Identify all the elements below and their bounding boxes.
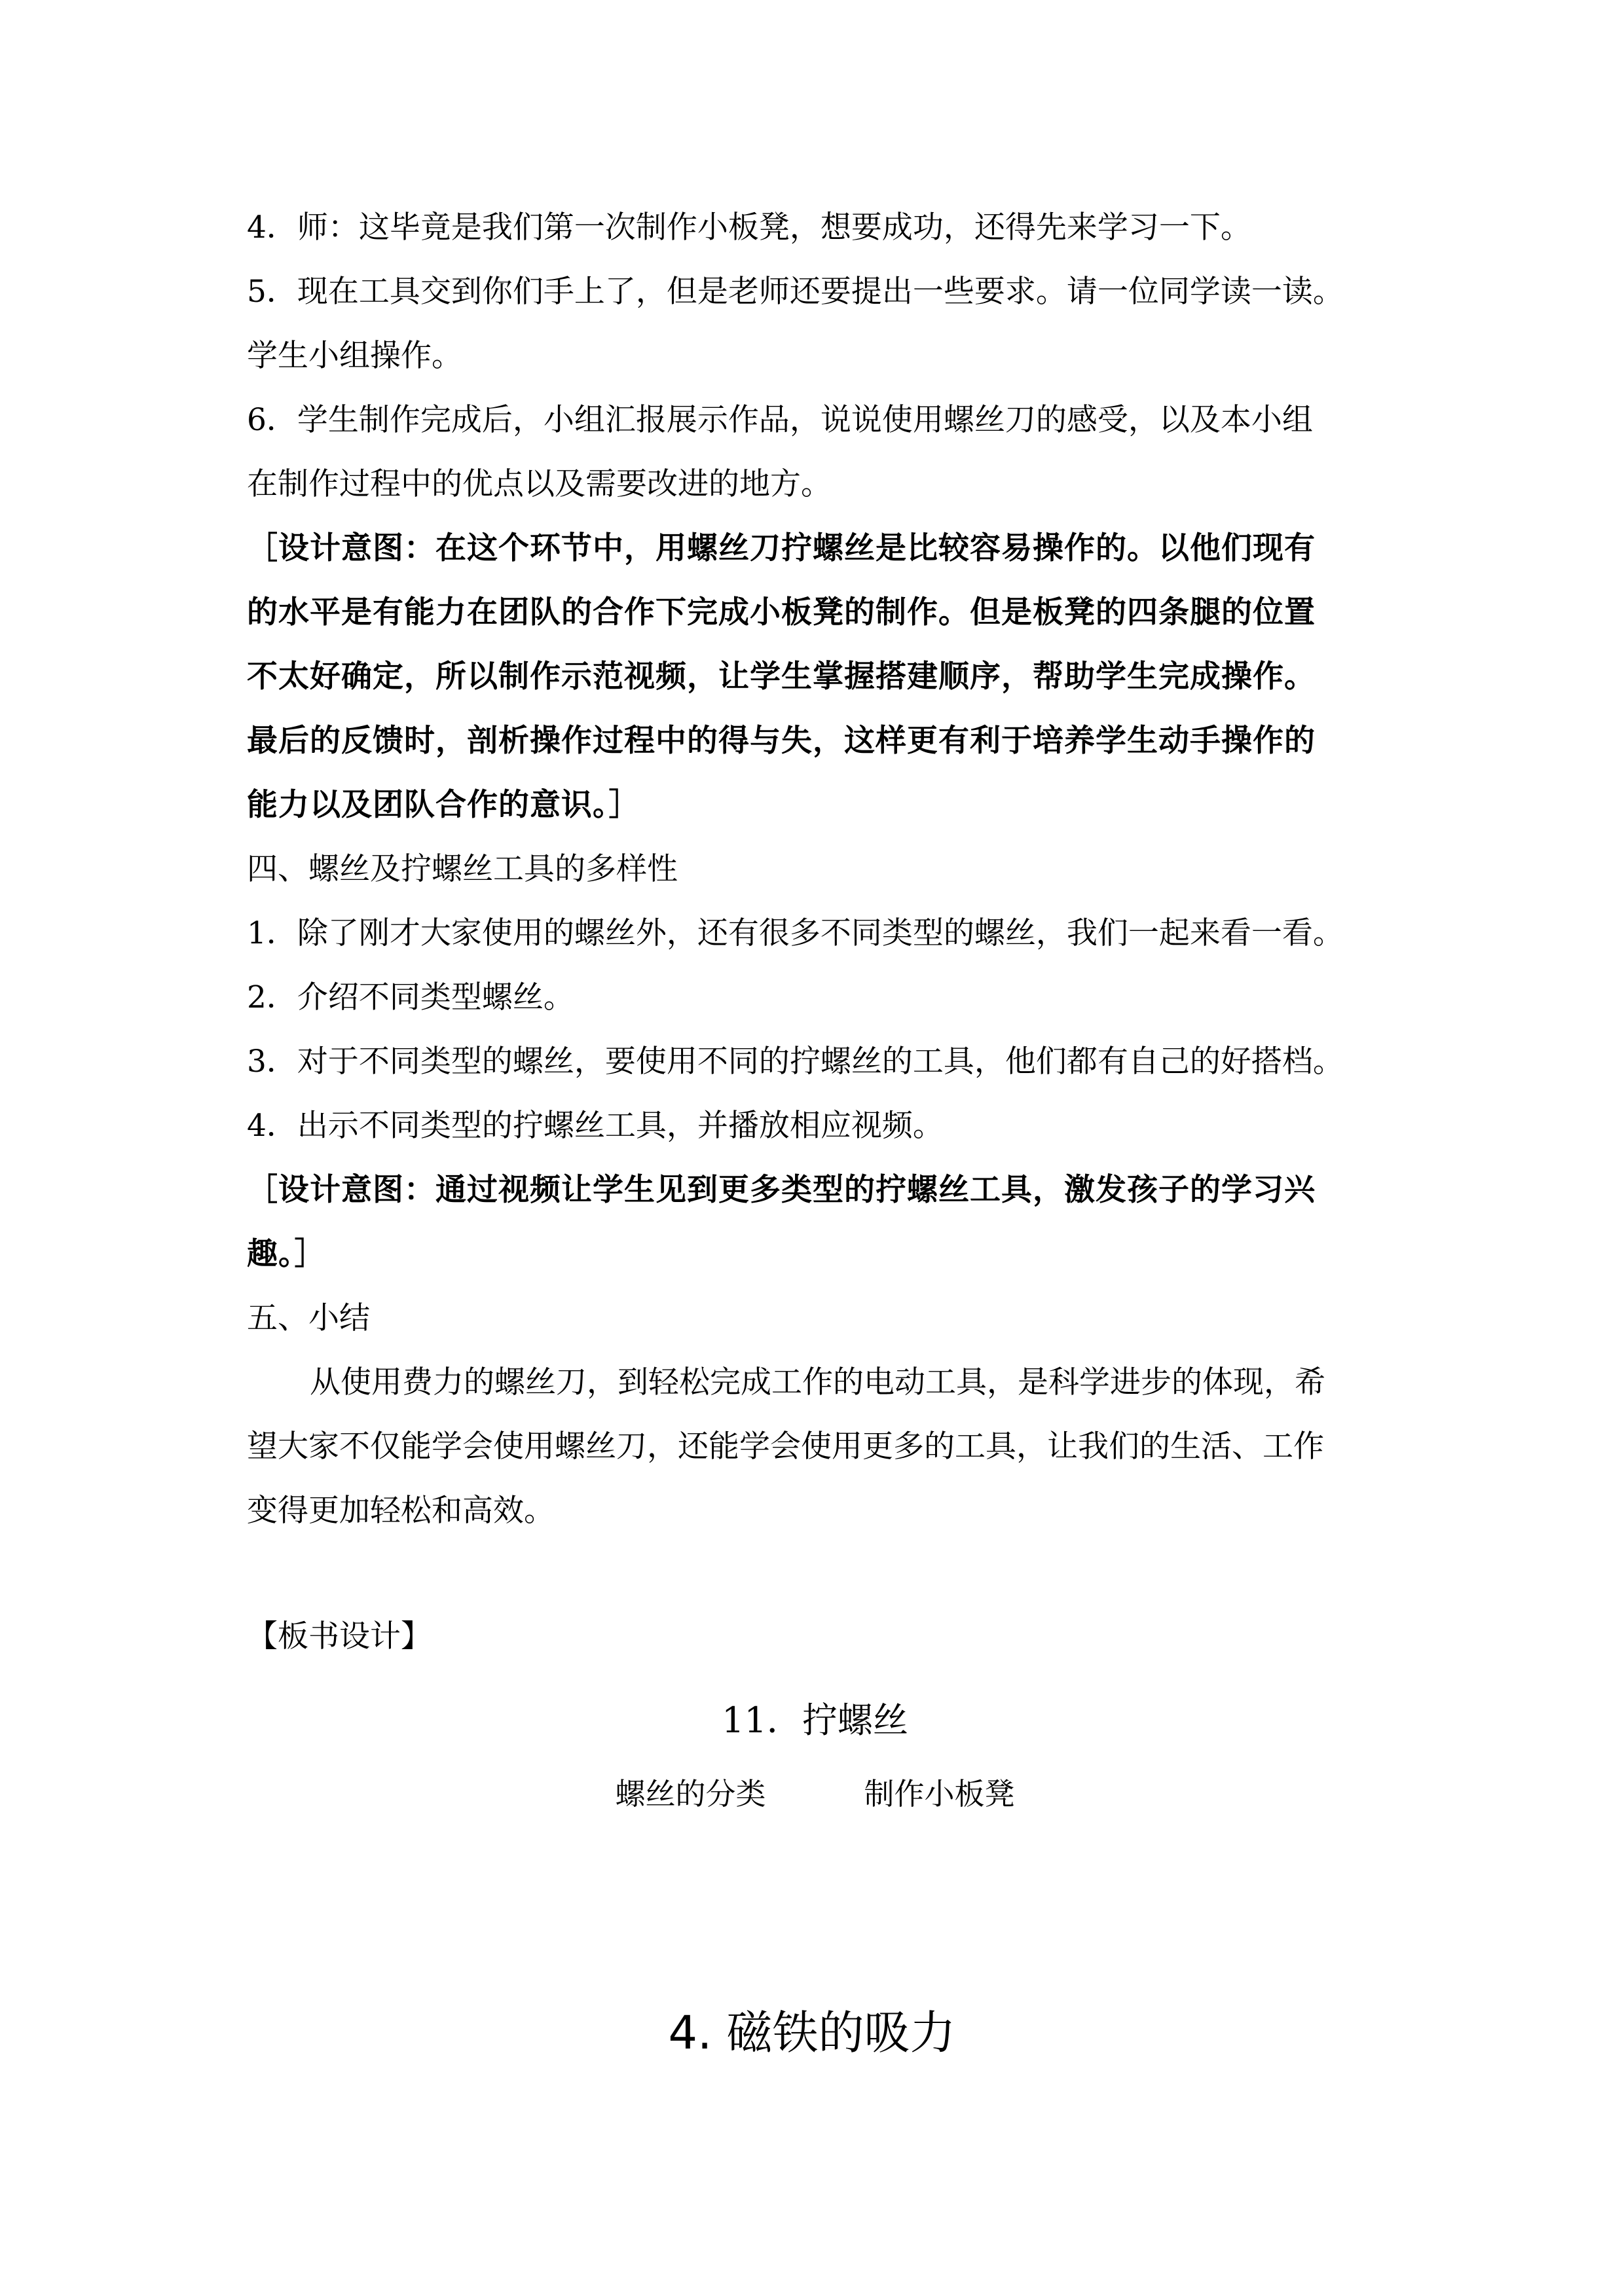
design-intent-1-line-3: 不太好确定，所以制作示范视频，让学生掌握搭建顺序，帮助学生完成操作。: [247, 657, 1383, 697]
section-4-item-3: 3．对于不同类型的螺丝，要使用不同的拧螺丝的工具，他们都有自己的好搭档。: [247, 1042, 1383, 1082]
step-6-text-line-1: 6．学生制作完成后，小组汇报展示作品，说说使用螺丝刀的感受，以及本小组: [247, 401, 1383, 440]
design-intent-1-line-2: 的水平是有能力在团队的合作下完成小板凳的制作。但是板凳的四条腿的位置: [247, 593, 1383, 632]
group-operation-text: 学生小组操作。: [247, 337, 1383, 376]
board-design-sub-right: 制作小板凳: [864, 1774, 1015, 1813]
next-lesson-title: 4. 磁铁的吸力: [0, 2003, 1624, 2062]
board-design-subtopics: 螺丝的分类制作小板凳: [247, 1774, 1383, 1813]
board-design-sub-left: 螺丝的分类: [616, 1774, 766, 1813]
board-design-title: 11．拧螺丝: [247, 1701, 1383, 1740]
board-design-label: 【板书设计】: [247, 1617, 1383, 1656]
section-4-item-4: 4．出示不同类型的拧螺丝工具，并播放相应视频。: [247, 1106, 1383, 1146]
step-5-text: 5．现在工具交到你们手上了，但是老师还要提出一些要求。请一位同学读一读。: [247, 272, 1383, 312]
summary-line-2: 望大家不仅能学会使用螺丝刀，还能学会使用更多的工具，让我们的生活、工作: [247, 1427, 1383, 1467]
section-4-item-2: 2．介绍不同类型螺丝。: [247, 978, 1383, 1017]
section-4-heading: 四、螺丝及拧螺丝工具的多样性: [247, 850, 1383, 889]
section-4-item-1: 1．除了刚才大家使用的螺丝外，还有很多不同类型的螺丝，我们一起来看一看。: [247, 914, 1383, 953]
design-intent-2-line-1: ［设计意图：通过视频让学生见到更多类型的拧螺丝工具，激发孩子的学习兴: [247, 1171, 1383, 1210]
section-5-heading: 五、小结: [247, 1299, 1383, 1338]
step-6-text-line-2: 在制作过程中的优点以及需要改进的地方。: [247, 465, 1383, 504]
summary-line-1: 从使用费力的螺丝刀，到轻松完成工作的电动工具，是科学进步的体现，希: [247, 1363, 1446, 1402]
design-intent-1-line-5: 能力以及团队合作的意识。］: [247, 786, 1383, 825]
summary-line-3: 变得更加轻松和高效。: [247, 1491, 1383, 1531]
design-intent-1-line-4: 最后的反馈时，剖析操作过程中的得与失，这样更有利于培养学生动手操作的: [247, 721, 1383, 761]
step-4-text: 4．师：这毕竟是我们第一次制作小板凳，想要成功，还得先来学习一下。: [247, 208, 1383, 247]
design-intent-2-line-2: 趣。］: [247, 1235, 1383, 1274]
design-intent-1-line-1: ［设计意图：在这个环节中，用螺丝刀拧螺丝是比较容易操作的。以他们现有: [247, 529, 1383, 568]
